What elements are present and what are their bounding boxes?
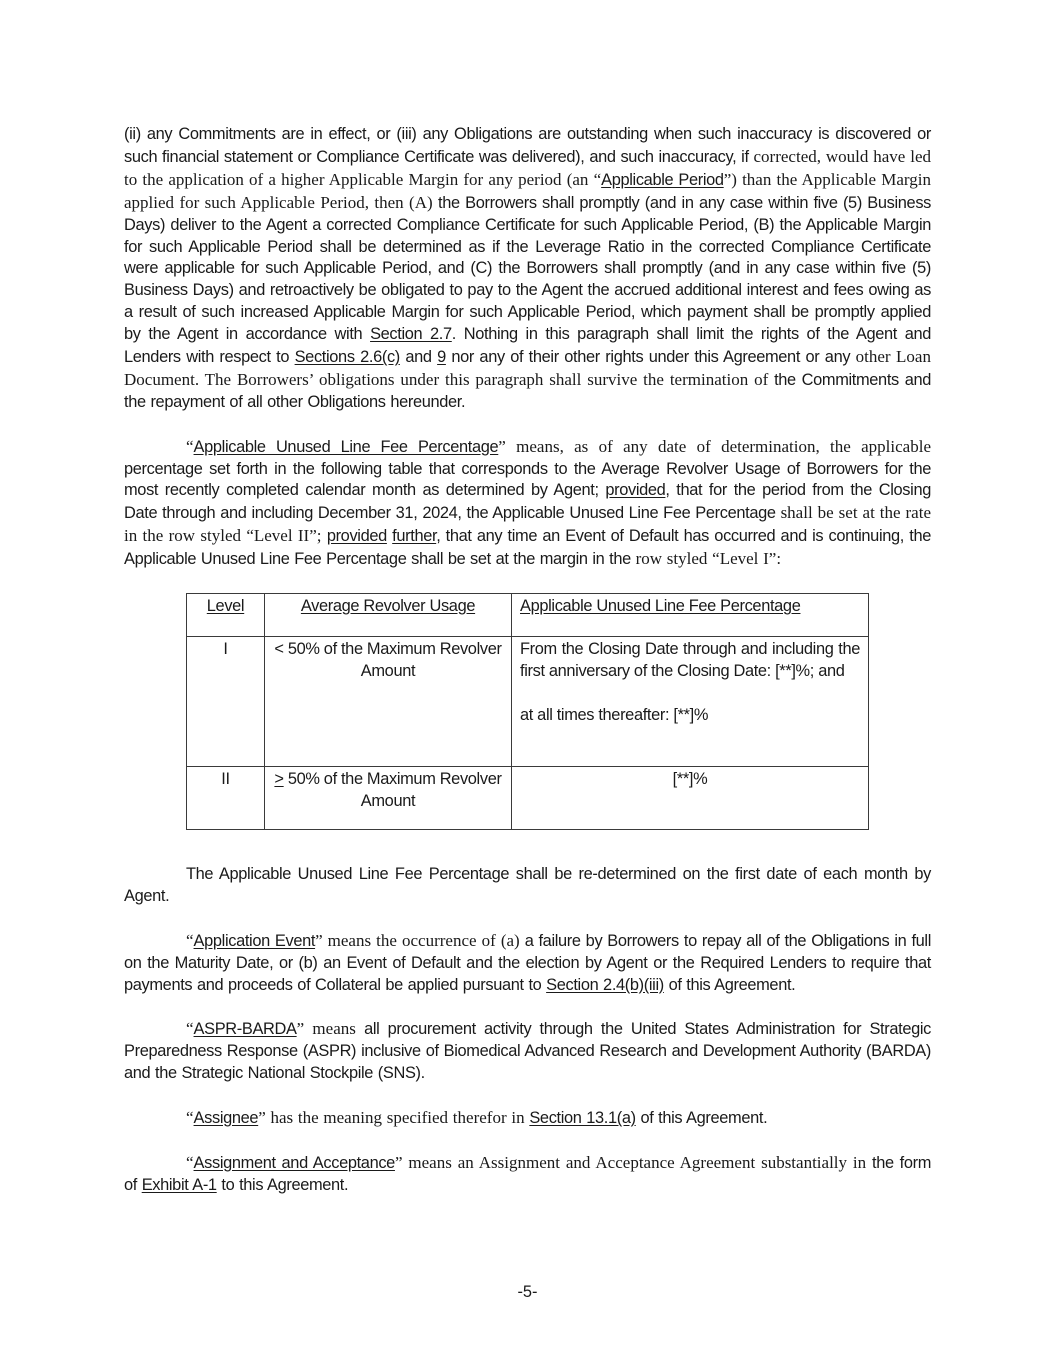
header-cell: Average Revolver Usage (265, 594, 512, 637)
defined-term-assignment-acceptance: Assignment and Acceptance (194, 1154, 395, 1172)
header-cell: Level (187, 594, 265, 637)
provided-term: provided (605, 481, 665, 499)
text: the Borrowers shall promptly (and in any… (124, 194, 931, 343)
text: “ (186, 437, 194, 456)
table-header-row: Level Average Revolver Usage Applicable … (187, 594, 869, 637)
header-cell: Applicable Unused Line Fee Percentage (512, 594, 869, 637)
text: “ (186, 931, 194, 950)
text: ” means (297, 1019, 356, 1038)
paragraph-assignee: “Assignee” has the meaning specified the… (124, 1107, 931, 1130)
text: “ (186, 1108, 194, 1127)
usage-text: 50% of the Maximum Revolver Amount (284, 770, 502, 810)
usage-cell: < 50% of the Maximum Revolver Amount (265, 637, 512, 767)
defined-term-application-event: Application Event (194, 932, 316, 950)
defined-term-applicable-period: Applicable Period (601, 171, 724, 189)
text: “ (186, 1153, 194, 1172)
paragraph-assignment-acceptance: “Assignment and Acceptance” means an Ass… (124, 1152, 931, 1197)
further-term: further (392, 527, 436, 545)
header-fee: Applicable Unused Line Fee Percentage (520, 597, 800, 615)
fee-cell: [**]% (512, 767, 869, 830)
level-cell: I (187, 637, 265, 767)
fee-text: From the Closing Date through and includ… (520, 639, 860, 683)
greater-equal-sign: > (274, 770, 283, 788)
defined-term-aspr-barda: ASPR-BARDA (194, 1020, 297, 1038)
table-row: II > 50% of the Maximum Revolver Amount … (187, 767, 869, 830)
text: of this Agreement. (664, 976, 796, 994)
text: to this Agreement. (217, 1176, 349, 1194)
cross-ref-section-2-7[interactable]: Section 2.7 (370, 325, 452, 343)
fee-cell: From the Closing Date through and includ… (512, 637, 869, 767)
text: ” means, as of any date of determination… (498, 437, 931, 456)
cross-ref-sections-2-6c[interactable]: Sections 2.6(c) (295, 348, 400, 366)
text: row styled “Level I”: (636, 549, 781, 568)
table-row: I < 50% of the Maximum Revolver Amount F… (187, 637, 869, 767)
fee-text: [**]% (673, 770, 708, 788)
paragraph-applicable-unused-line-fee: “Applicable Unused Line Fee Percentage” … (124, 436, 931, 571)
text: The Applicable Unused Line Fee Percentag… (124, 865, 931, 905)
usage-cell: > 50% of the Maximum Revolver Amount (265, 767, 512, 830)
defined-term-assignee: Assignee (194, 1109, 259, 1127)
text: ” means the occurrence of (a) (315, 931, 520, 950)
spacer (520, 683, 860, 705)
provided-term: provided (327, 527, 387, 545)
cross-ref-section-2-4biii[interactable]: Section 2.4(b)(iii) (546, 976, 664, 994)
paragraph-aspr-barda: “ASPR-BARDA” means all procurement activ… (124, 1018, 931, 1085)
text: of this Agreement. (636, 1109, 768, 1127)
defined-term-unused-line-fee: Applicable Unused Line Fee Percentage (194, 438, 499, 456)
paragraph-application-event: “Application Event” means the occurrence… (124, 930, 931, 997)
text: ” has the meaning specified therefor in (258, 1108, 529, 1127)
cross-ref-section-13-1a[interactable]: Section 13.1(a) (529, 1109, 635, 1127)
fee-text: at all times thereafter: [**]% (520, 705, 860, 727)
level-cell: II (187, 767, 265, 830)
cross-ref-exhibit-a-1[interactable]: Exhibit A-1 (142, 1176, 217, 1194)
cross-ref-section-9[interactable]: 9 (437, 348, 446, 366)
text: “ (186, 1019, 194, 1038)
text: ” means an Assignment and Acceptance Agr… (395, 1153, 866, 1172)
text: nor any of their other rights under this… (446, 348, 856, 366)
paragraph-redetermination: The Applicable Unused Line Fee Percentag… (124, 864, 931, 908)
page-number: -5- (0, 1283, 1055, 1302)
unused-line-fee-table: Level Average Revolver Usage Applicable … (186, 593, 869, 830)
header-level: Level (207, 597, 244, 615)
usage-text: < 50% of the Maximum Revolver Amount (274, 640, 501, 680)
document-page: (ii) any Commitments are in effect, or (… (124, 124, 931, 1218)
header-usage: Average Revolver Usage (301, 597, 475, 615)
paragraph-applicable-period: (ii) any Commitments are in effect, or (… (124, 124, 931, 414)
text: and (400, 348, 437, 366)
